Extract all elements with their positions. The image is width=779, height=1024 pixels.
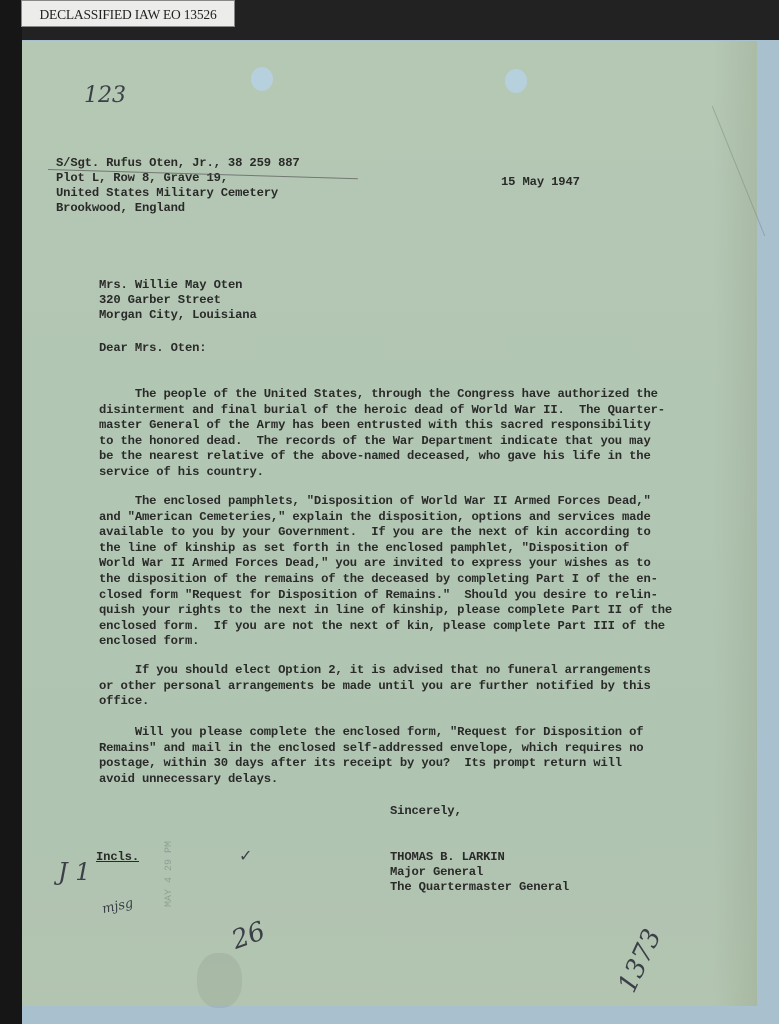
salutation: Dear Mrs. Oten: xyxy=(99,341,206,356)
smudge xyxy=(197,953,242,1008)
body-paragraph: If you should elect Option 2, it is advi… xyxy=(99,663,651,710)
faint-date-stamp: MAY 4 29 PM xyxy=(164,841,175,907)
signatory-rank: Major General xyxy=(390,865,483,879)
subject-block: S/Sgt. Rufus Oten, Jr., 38 259 887 Plot … xyxy=(56,156,300,216)
subject-line: Brookwood, England xyxy=(56,201,185,215)
recipient-line: Mrs. Willie May Oten xyxy=(99,278,242,292)
letter-date: 15 May 1947 xyxy=(501,175,580,190)
enclosure-note: Incls. xyxy=(96,850,139,865)
recipient-line: 320 Garber Street xyxy=(99,293,221,307)
punch-hole xyxy=(505,69,527,93)
handwritten-initials: mjsg xyxy=(101,896,135,917)
closing: Sincerely, xyxy=(390,804,462,819)
letter-page: 123 S/Sgt. Rufus Oten, Jr., 38 259 887 P… xyxy=(22,41,757,1006)
subject-line: S/Sgt. Rufus Oten, Jr., 38 259 887 xyxy=(56,156,300,170)
signatory-name: THOMAS B. LARKIN xyxy=(390,850,505,864)
recipient-line: Morgan City, Louisiana xyxy=(99,308,257,322)
signatory-title: The Quartermaster General xyxy=(390,880,569,894)
signature-block: THOMAS B. LARKIN Major General The Quart… xyxy=(390,850,569,895)
check-icon: ✓ xyxy=(239,846,252,865)
handwritten-file-number: 1373 xyxy=(613,925,668,998)
body-paragraph: Will you please complete the enclosed fo… xyxy=(99,725,643,787)
punch-hole xyxy=(251,67,273,91)
recipient-address: Mrs. Willie May Oten 320 Garber Street M… xyxy=(99,278,257,323)
handwritten-number: 26 xyxy=(228,916,269,956)
body-paragraph: The enclosed pamphlets, "Disposition of … xyxy=(99,494,672,650)
handwritten-enclosure-mark: J 1 xyxy=(58,858,91,886)
scanner-left-border xyxy=(0,0,22,1024)
subject-line: United States Military Cemetery xyxy=(56,186,278,200)
handwritten-page-number: 123 xyxy=(84,83,126,108)
body-paragraph: The people of the United States, through… xyxy=(99,387,665,481)
declassification-stamp: DECLASSIFIED IAW EO 13526 xyxy=(21,0,235,27)
